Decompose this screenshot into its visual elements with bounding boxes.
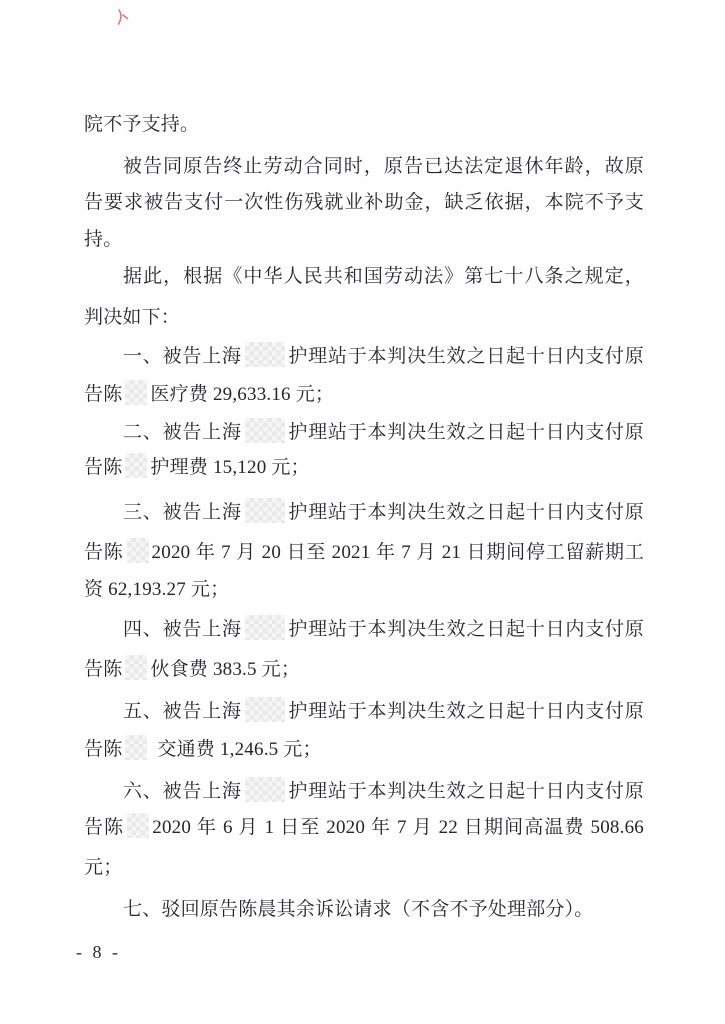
judgment-item-4-head: 四、被告上海护理站于本判决生效之日起十日内支付原 bbox=[84, 615, 644, 645]
redacted-person-name bbox=[125, 453, 147, 478]
judgment-item-1-body: 告陈医疗费 29,633.16 元； bbox=[84, 380, 644, 410]
paragraph-3-line-2: 判决如下： bbox=[84, 303, 644, 333]
judgment-item-4-body: 告陈伙食费 383.5 元； bbox=[84, 655, 644, 685]
item-3-head-post: 护理站于本判决生效之日起十日内支付原 bbox=[288, 502, 644, 523]
judgment-item-6-cont: 元； bbox=[84, 853, 644, 883]
judgment-item-2-body: 告陈护理费 15,120 元； bbox=[84, 453, 644, 483]
redacted-company-name bbox=[245, 777, 285, 802]
redacted-company-name bbox=[245, 697, 285, 722]
scanned-judgment-page: 院不予支持。 被告同原告终止劳动合同时，原告已达法定退休年龄，故原 告要求被告支… bbox=[0, 0, 725, 1024]
item-6-head-post: 护理站于本判决生效之日起十日内支付原 bbox=[288, 781, 644, 802]
item-2-head-post: 护理站于本判决生效之日起十日内支付原 bbox=[288, 422, 644, 443]
paragraph-2-line-3: 持。 bbox=[84, 225, 644, 255]
item-4-head-pre: 四、被告上海 bbox=[123, 619, 242, 640]
judgment-item-6-body: 告陈2020 年 6 月 1 日至 2020 年 7 月 22 日期间高温费 5… bbox=[84, 813, 644, 843]
item-5-head-pre: 五、被告上海 bbox=[123, 701, 242, 722]
redacted-company-name bbox=[245, 342, 285, 367]
redacted-person-name bbox=[127, 813, 149, 838]
item-4-body-pre: 告陈 bbox=[84, 659, 122, 680]
judgment-item-1-head: 一、被告上海护理站于本判决生效之日起十日内支付原 bbox=[84, 342, 644, 372]
redacted-company-name bbox=[245, 498, 285, 523]
item-6-body-post: 2020 年 6 月 1 日至 2020 年 7 月 22 日期间高温费 508… bbox=[152, 817, 644, 838]
judgment-item-6-head: 六、被告上海护理站于本判决生效之日起十日内支付原 bbox=[84, 777, 644, 807]
redacted-person-name bbox=[125, 380, 147, 405]
item-1-head-pre: 一、被告上海 bbox=[123, 346, 242, 367]
item-3-body-pre: 告陈 bbox=[84, 542, 124, 563]
judgment-item-2-head: 二、被告上海护理站于本判决生效之日起十日内支付原 bbox=[84, 418, 644, 448]
red-pen-mark bbox=[113, 7, 131, 27]
judgment-item-7: 七、驳回原告陈晨其余诉讼请求（不含不予处理部分）。 bbox=[84, 895, 644, 925]
item-1-body-post: 医疗费 29,633.16 元； bbox=[150, 384, 334, 405]
page-number: - 8 - bbox=[76, 941, 121, 963]
redacted-company-name bbox=[245, 418, 285, 443]
redacted-person-name bbox=[125, 655, 147, 680]
judgment-item-5-body: 告陈交通费 1,246.5 元； bbox=[84, 735, 644, 765]
judgment-item-3-cont: 资 62,193.27 元； bbox=[84, 575, 644, 605]
item-2-body-post: 护理费 15,120 元； bbox=[150, 457, 309, 478]
redacted-person-name bbox=[127, 538, 149, 563]
paragraph-2-line-1: 被告同原告终止劳动合同时，原告已达法定退休年龄，故原 bbox=[84, 152, 644, 182]
redacted-company-name bbox=[245, 615, 285, 640]
item-1-head-post: 护理站于本判决生效之日起十日内支付原 bbox=[288, 346, 644, 367]
item-1-body-pre: 告陈 bbox=[84, 384, 122, 405]
item-2-head-pre: 二、被告上海 bbox=[123, 422, 242, 443]
item-5-body-pre: 告陈 bbox=[84, 739, 122, 760]
item-3-body-post: 2020 年 7 月 20 日至 2021 年 7 月 21 日期间停工留薪期工 bbox=[152, 542, 644, 563]
judgment-item-5-head: 五、被告上海护理站于本判决生效之日起十日内支付原 bbox=[84, 697, 644, 727]
paragraph-2-line-2: 告要求被告支付一次性伤残就业补助金，缺乏依据，本院不予支 bbox=[84, 188, 644, 218]
item-3-head-pre: 三、被告上海 bbox=[123, 502, 242, 523]
item-5-head-post: 护理站于本判决生效之日起十日内支付原 bbox=[288, 701, 644, 722]
item-6-body-pre: 告陈 bbox=[84, 817, 124, 838]
item-4-head-post: 护理站于本判决生效之日起十日内支付原 bbox=[288, 619, 644, 640]
item-5-body-post: 交通费 1,246.5 元； bbox=[157, 739, 321, 760]
item-6-head-pre: 六、被告上海 bbox=[123, 781, 242, 802]
item-4-body-post: 伙食费 383.5 元； bbox=[150, 659, 300, 680]
item-2-body-pre: 告陈 bbox=[84, 457, 122, 478]
redacted-person-name bbox=[125, 735, 147, 760]
paragraph-3-line-1: 据此，根据《中华人民共和国劳动法》第七十八条之规定， bbox=[84, 262, 644, 292]
judgment-item-3-body: 告陈2020 年 7 月 20 日至 2021 年 7 月 21 日期间停工留薪… bbox=[84, 538, 644, 568]
paragraph-1-tail: 院不予支持。 bbox=[84, 110, 644, 140]
judgment-item-3-head: 三、被告上海护理站于本判决生效之日起十日内支付原 bbox=[84, 498, 644, 528]
